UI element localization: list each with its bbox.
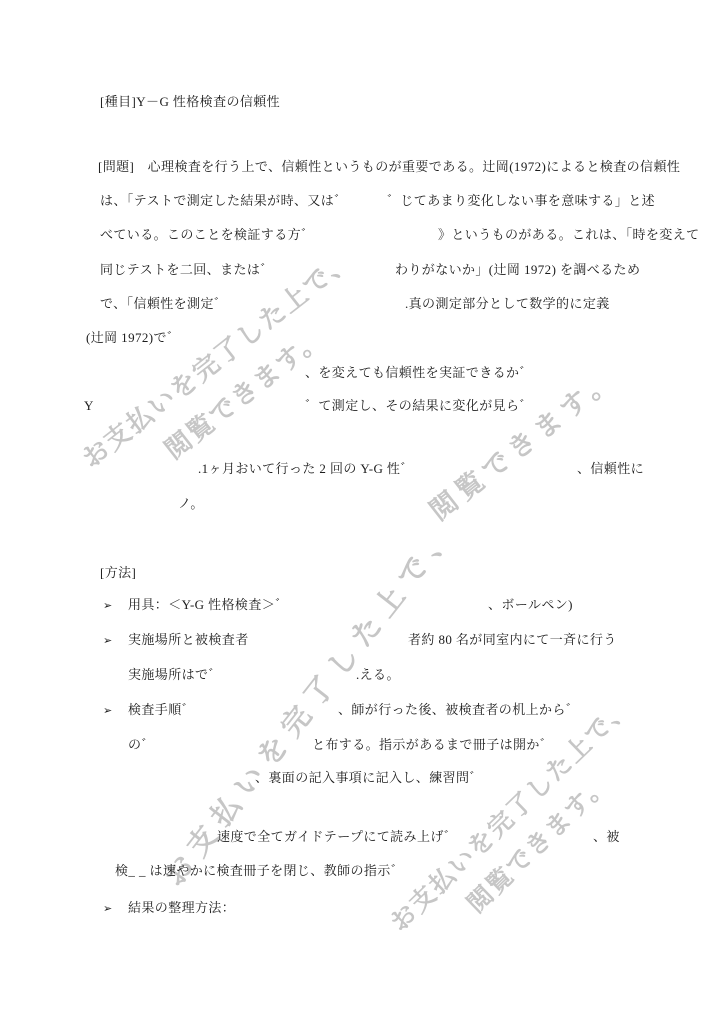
body-text-segment: 同じテストを二回、または゛ bbox=[100, 263, 274, 276]
body-text-segment: 、ボールペン) bbox=[488, 598, 573, 611]
watermark-line1: お支払いを完了した上で、 bbox=[381, 688, 642, 942]
body-text-segment: [問題] 心理検査を行う上で、信頼性というものが重要である。辻岡(1972)によ… bbox=[98, 160, 680, 173]
bullet-arrow-icon: ➢ bbox=[103, 635, 112, 646]
watermark-payment-notice: 閲覧できます。 bbox=[420, 356, 624, 528]
body-text-segment: で、「信頼性を測定゛ bbox=[100, 297, 227, 310]
watermark-line2: 閲覧できます。 bbox=[420, 356, 624, 528]
bullet-arrow-icon: ➢ bbox=[103, 600, 112, 611]
section-header-method: [方法] bbox=[100, 566, 136, 579]
bullet-arrow-icon: ➢ bbox=[103, 705, 112, 716]
body-text-segment: 結果の整理方法： bbox=[128, 901, 235, 914]
body-text-segment: 、師が行った後、被検査者の机上から゛ bbox=[338, 703, 579, 716]
body-text-segment: 速度で全てガイドテープにて読み上げ゛ bbox=[217, 830, 457, 843]
body-text-segment: .える。 bbox=[356, 668, 400, 681]
body-text-segment: 、裏面の記入事項に記入し、練習問゛ bbox=[255, 771, 483, 784]
body-text-segment: ゛て測定し、その結果に変化が見ら゛ bbox=[305, 399, 533, 412]
body-text-segment: 、を変えても信頼性を実証できるか゛ bbox=[305, 366, 533, 379]
document-page: お支払いを完了した上で、 閲覧できます。 閲覧できます。 お支払いを完了した上で… bbox=[0, 0, 724, 1024]
body-text-segment: 検_ _ は速やかに検査冊子を閉じ、教師の指示゛ bbox=[115, 864, 404, 877]
body-text-segment: 実施場所はで゛ bbox=[128, 668, 222, 681]
body-text-segment: と布する。指示があるまで冊子は開か゛ bbox=[312, 738, 553, 751]
body-text-segment: .1ヶ月おいて行った 2 回の Y-G 性゛ bbox=[198, 462, 414, 475]
body-text-segment: は、「テストで測定した結果が時、又は゛ bbox=[100, 194, 348, 207]
body-text-segment: べている。このことを検証する方゛ bbox=[100, 228, 314, 241]
body-text-segment: (辻岡 1972)で゛ bbox=[86, 331, 180, 344]
body-text-segment: 実施場所と被検査者 bbox=[128, 633, 249, 646]
body-text-segment: Y bbox=[84, 399, 94, 412]
body-text-segment: ノ。 bbox=[178, 497, 204, 510]
body-text-segment: 、被 bbox=[593, 830, 620, 843]
body-text-segment: 、信頼性に bbox=[577, 462, 644, 475]
bullet-arrow-icon: ➢ bbox=[103, 903, 112, 914]
body-text-segment: 》というものがある。これは、「時を変えて bbox=[438, 228, 700, 241]
body-text-segment: .真の測定部分として数学的に定義 bbox=[405, 297, 610, 310]
body-text-segment: わりがないか」(辻岡 1972) を調べるため bbox=[395, 263, 640, 276]
body-text-segment: 用具：＜Y-G 性格検査＞゛ bbox=[128, 598, 289, 611]
body-text-segment: の゛ bbox=[128, 738, 155, 751]
body-text-segment: ゛じてあまり変化しない事を意味する」と述 bbox=[387, 194, 655, 207]
body-text-segment: 者約 80 名が同室内にて一斉に行う bbox=[408, 633, 617, 646]
body-text-segment: 検査手順゛ bbox=[128, 703, 195, 716]
doc-category-title: [種目]Y－G 性格検査の信頼性 bbox=[100, 95, 280, 108]
